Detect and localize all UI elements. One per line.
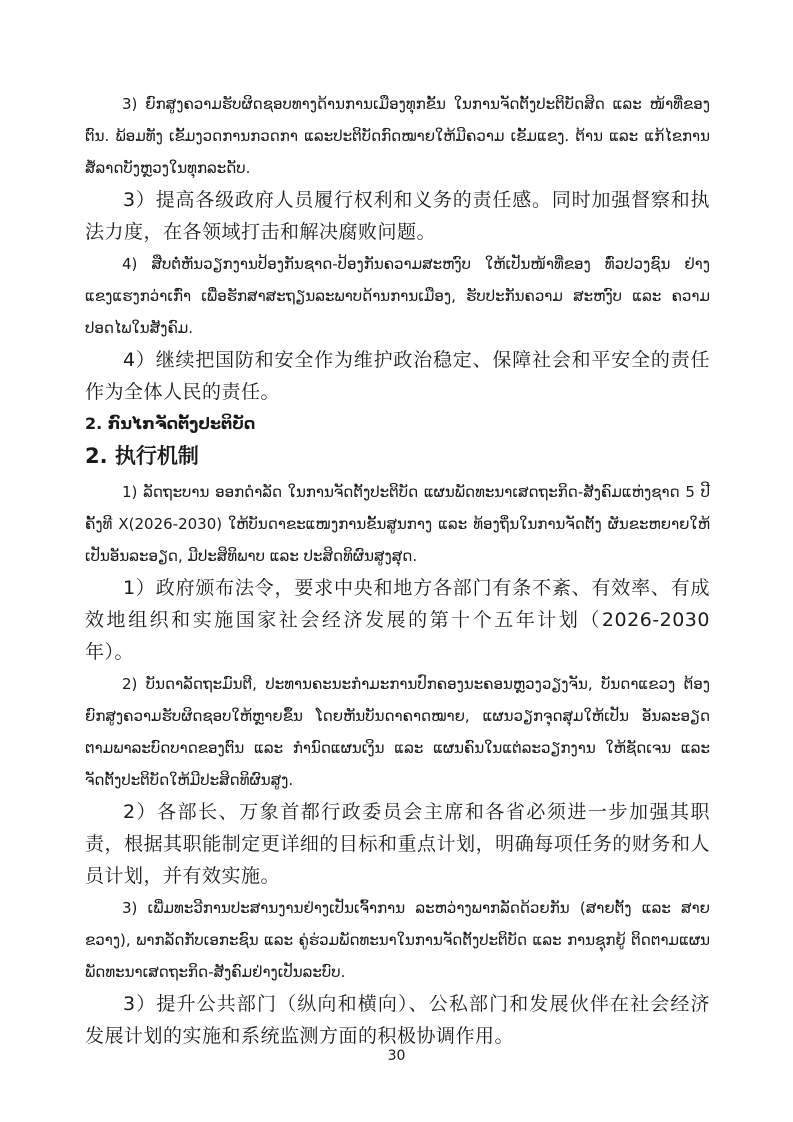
paragraph-lo-2-ministers: 2) ບັນດາລັດຖະມົນຕີ, ປະທານຄະນະກຳມະການປົກຄ… (85, 668, 710, 796)
section-heading-lo-implementation-mechanism: 2. ກົນໄກຈັດຕັ້ງປະຕິບັດ (85, 410, 710, 438)
document-body: 3) ຍົກສູງຄວາມຮັບຜິດຊອບທາງດ້ານການເມືອງທຸກ… (85, 88, 710, 1052)
document-page: 3) ຍົກສູງຄວາມຮັບຜິດຊອບທາງດ້ານການເມືອງທຸກ… (0, 0, 793, 1122)
paragraph-lo-3-responsibility: 3) ຍົກສູງຄວາມຮັບຜິດຊອບທາງດ້ານການເມືອງທຸກ… (85, 88, 710, 184)
paragraph-lo-1-government-decree: 1) ລັດຖະບານ ອອກດຳລັດ ໃນການຈັດຕັ້ງປະຕິບັດ… (85, 476, 710, 572)
page-number: 30 (0, 1048, 793, 1064)
paragraph-zh-1-government-decree: 1）政府颁布法令，要求中央和地方各部门有条不紊、有效率、有成效地组织和实施国家社… (85, 572, 710, 668)
section-heading-zh-implementation-mechanism: 2. 执行机制 (85, 438, 710, 474)
paragraph-zh-3-responsibility: 3）提高各级政府人员履行权利和义务的责任感。同时加强督察和执法力度，在各领域打击… (85, 184, 710, 248)
paragraph-lo-4-defense: 4) ສືບຕໍ່ຫັນວຽກງານປ້ອງກັນຊາດ-ປ້ອງກັນຄວາມ… (85, 248, 710, 344)
paragraph-zh-3-coordination: 3）提升公共部门（纵向和横向）、公私部门和发展伙伴在社会经济发展计划的实施和系统… (85, 988, 710, 1052)
paragraph-lo-3-coordination: 3) ເພີ່ມທະວີການປະສານງານຢ່າງເປັນເຈົ້າການ … (85, 892, 710, 988)
paragraph-zh-4-defense: 4）继续把国防和安全作为维护政治稳定、保障社会和平安全的责任作为全体人民的责任。 (85, 344, 710, 408)
paragraph-zh-2-ministers: 2）各部长、万象首都行政委员会主席和各省必须进一步加强其职责，根据其职能制定更详… (85, 796, 710, 892)
